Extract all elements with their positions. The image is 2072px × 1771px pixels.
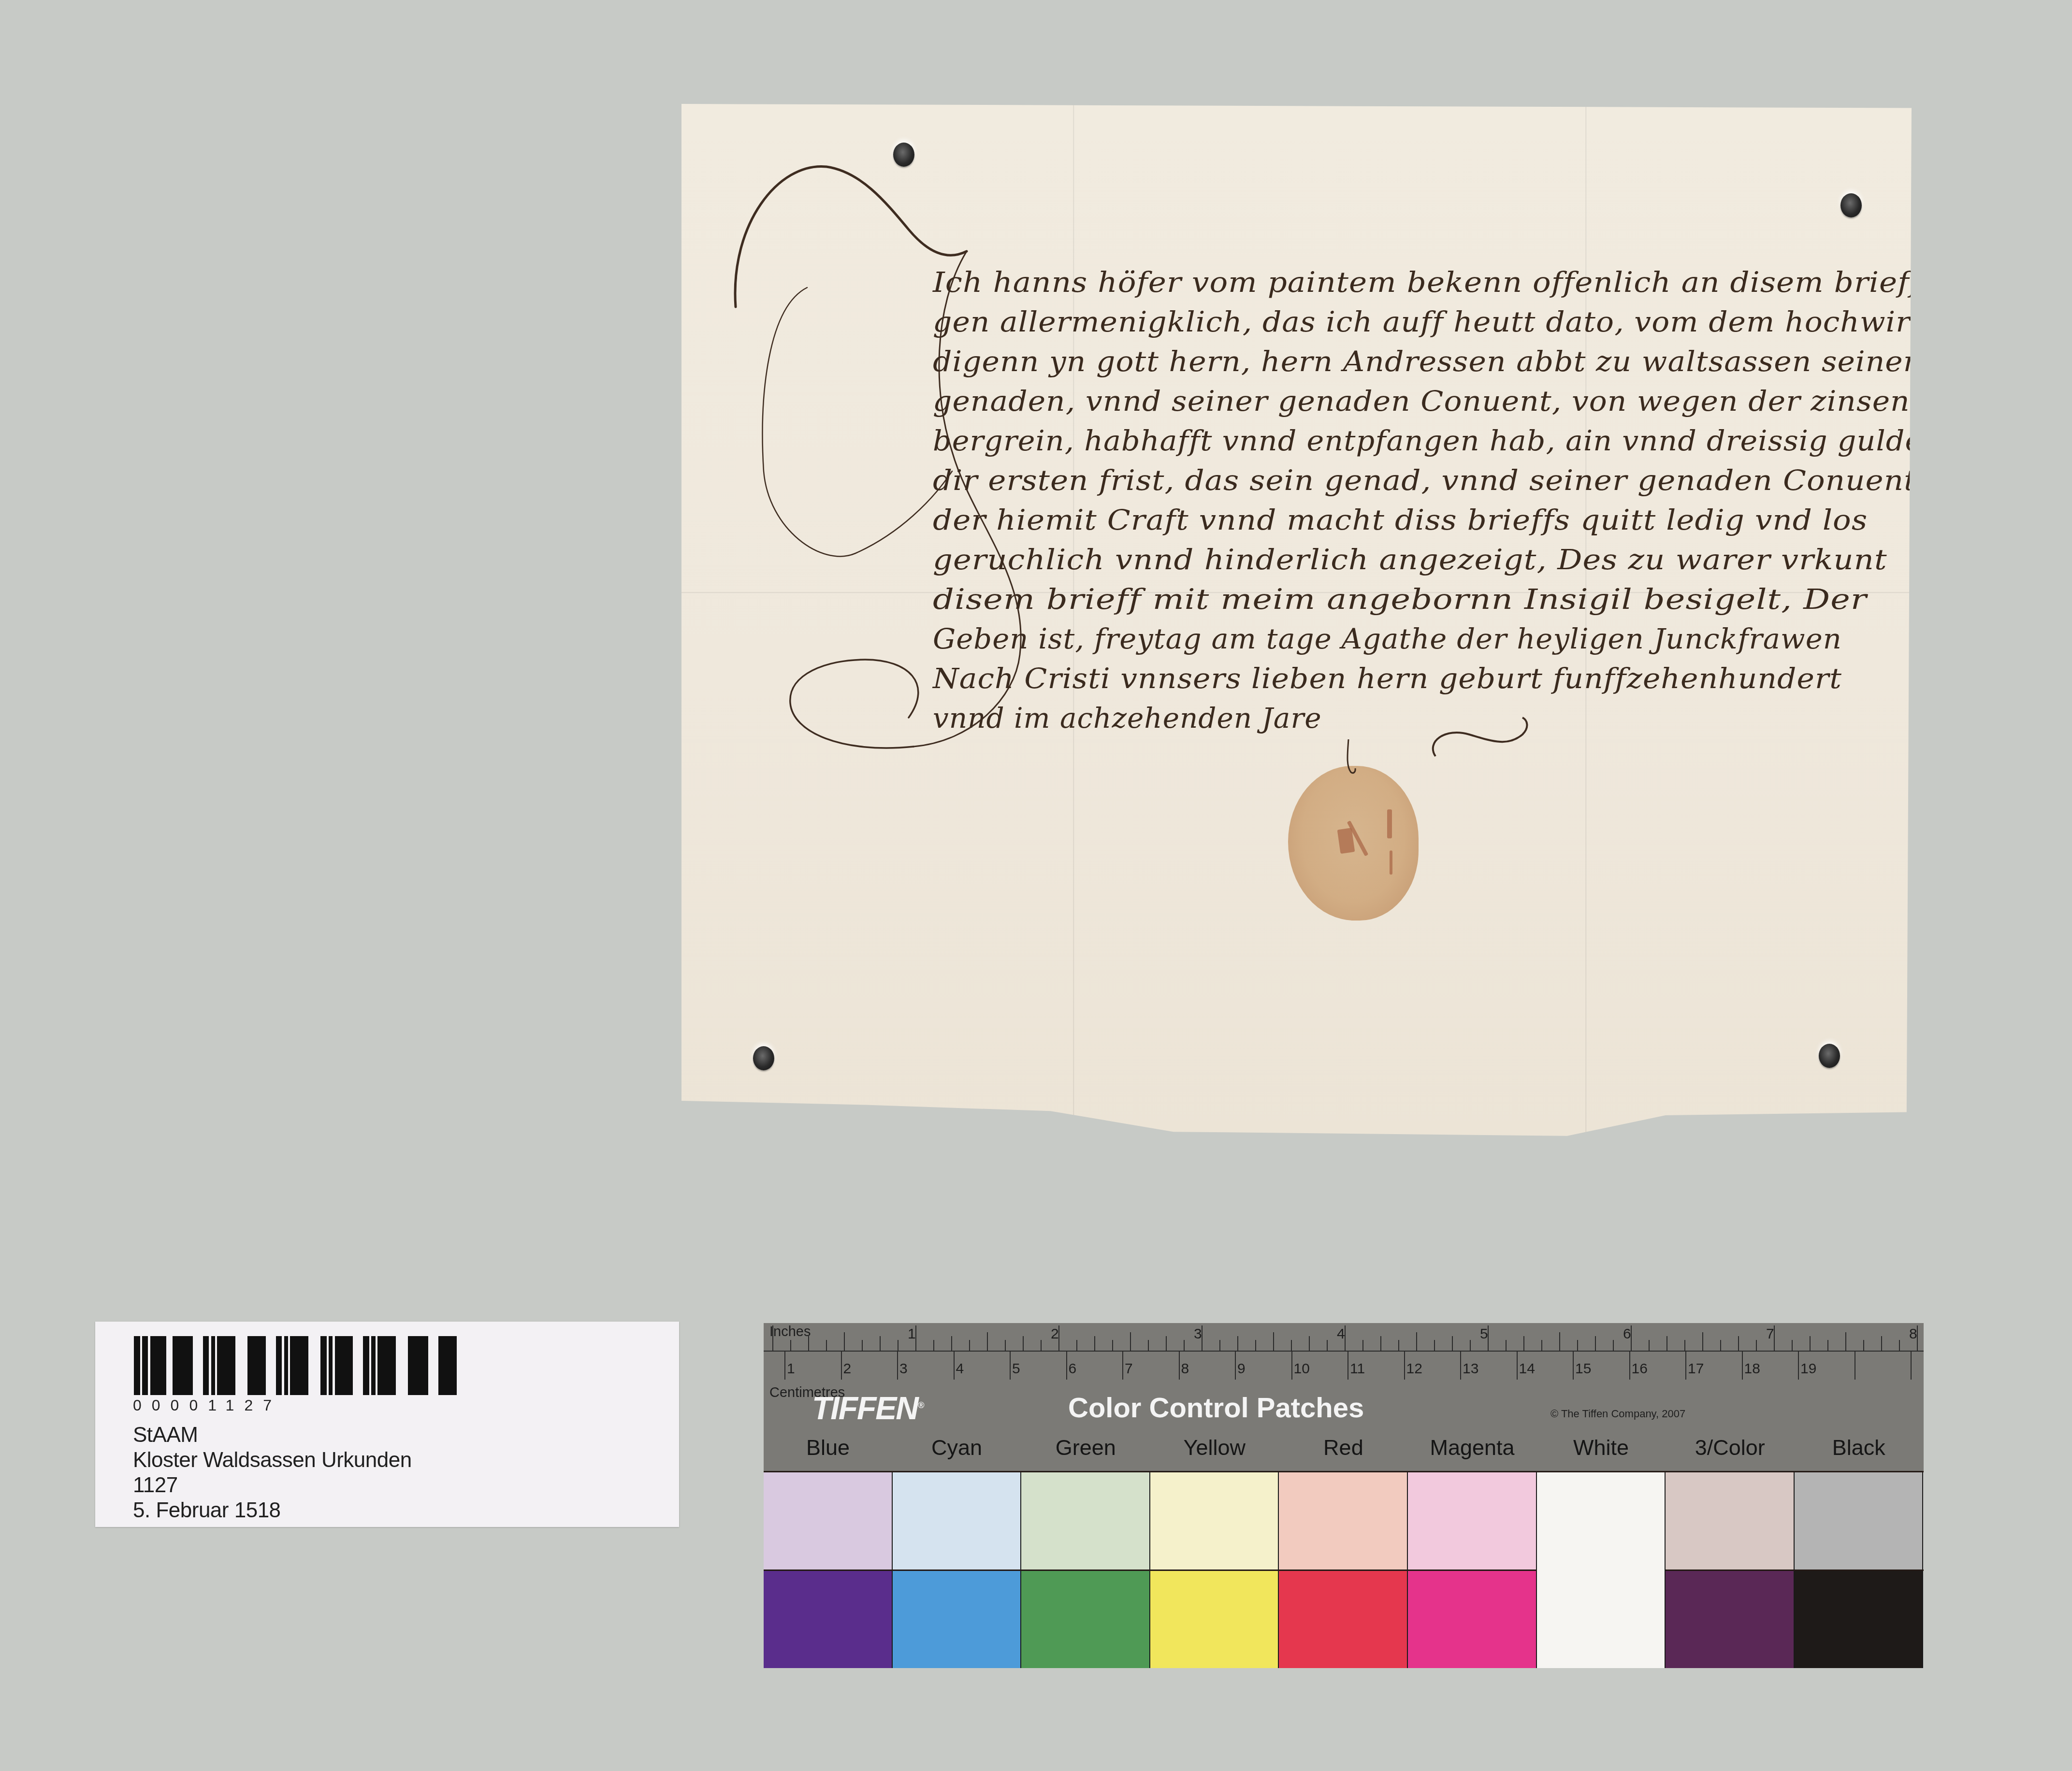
inch-tick xyxy=(1827,1340,1828,1351)
inch-mark-label: 8 xyxy=(1909,1326,1917,1342)
text-line: gen allermenigklich, das ich auff heutt … xyxy=(933,308,1921,336)
inch-tick xyxy=(1237,1336,1238,1351)
patch-label-blue: Blue xyxy=(764,1435,892,1460)
inch-tick xyxy=(772,1325,773,1351)
inch-mark-label: 7 xyxy=(1766,1326,1774,1342)
patch-blue-light xyxy=(764,1471,893,1570)
inch-tick xyxy=(844,1332,845,1351)
text-line: vnnd im achzehenden Jare xyxy=(933,704,1321,732)
text-line: disem brieff mit meim angebornn Insigil … xyxy=(933,585,1867,613)
patch-label-black: Black xyxy=(1795,1435,1923,1460)
inch-tick xyxy=(1184,1340,1185,1351)
cm-tick xyxy=(1742,1352,1743,1380)
color-control-chart: Inches Centimetres TIFFEN® Color Control… xyxy=(764,1323,1924,1668)
inches-label: Inches xyxy=(769,1324,811,1340)
patch-label-red: Red xyxy=(1279,1435,1407,1460)
patch-red-dark xyxy=(1279,1570,1408,1668)
inch-tick xyxy=(1595,1336,1596,1351)
chart-header: Inches Centimetres TIFFEN® Color Control… xyxy=(764,1323,1924,1471)
inch-tick xyxy=(1041,1340,1042,1351)
inch-tick xyxy=(1577,1340,1578,1351)
cm-mark-label: 11 xyxy=(1350,1361,1365,1377)
inch-mark-label: 6 xyxy=(1623,1326,1631,1342)
inch-tick xyxy=(1756,1340,1757,1351)
patch-cyan-light xyxy=(893,1471,1022,1570)
cm-tick xyxy=(1179,1352,1180,1380)
inch-tick xyxy=(1273,1332,1274,1351)
inch-tick xyxy=(1810,1336,1811,1351)
cm-tick xyxy=(1911,1352,1912,1380)
inch-tick xyxy=(1130,1332,1131,1351)
inch-tick xyxy=(790,1340,791,1351)
cm-tick xyxy=(841,1352,842,1380)
patch-label-white: White xyxy=(1537,1435,1666,1460)
cm-mark-label: 1 xyxy=(787,1361,795,1377)
text-line: Ich hanns höfer vom paintem bekenn offen… xyxy=(933,268,1921,296)
inch-mark-label: 4 xyxy=(1337,1326,1345,1342)
charter-text: Ich hanns höfer vom paintem bekenn offen… xyxy=(933,268,1880,848)
cm-tick xyxy=(1798,1352,1799,1380)
cm-mark-label: 19 xyxy=(1800,1361,1816,1377)
cm-tick xyxy=(1685,1352,1686,1380)
punch-hole xyxy=(1819,1044,1840,1068)
chart-title: Color Control Patches xyxy=(1068,1392,1364,1424)
inch-tick xyxy=(1452,1336,1453,1351)
inch-tick xyxy=(951,1336,952,1351)
inch-tick xyxy=(1434,1340,1435,1351)
inch-tick xyxy=(1398,1340,1399,1351)
closing-flourish-icon xyxy=(1426,708,1542,766)
cm-tick xyxy=(1122,1352,1123,1380)
cm-mark-label: 5 xyxy=(1012,1361,1020,1377)
text-line: bergrein, habhafft vnnd entpfangen hab, … xyxy=(933,427,1942,455)
inch-tick xyxy=(1309,1336,1310,1351)
barcode-number: 00001127 xyxy=(133,1397,282,1414)
archive-abbreviation: StAAM xyxy=(133,1423,198,1447)
inch-tick xyxy=(1416,1332,1417,1351)
text-line: Nach Cristi vnnsers lieben hern geburt f… xyxy=(933,664,1842,692)
inch-tick xyxy=(1148,1340,1149,1351)
inch-tick xyxy=(1112,1340,1113,1351)
copyright-notice: © The Tiffen Company, 2007 xyxy=(1550,1408,1685,1420)
inch-mark-label: 5 xyxy=(1480,1326,1488,1342)
inch-tick xyxy=(1094,1336,1095,1351)
cm-tick xyxy=(1010,1352,1011,1380)
collection-name: Kloster Waldsassen Urkunden xyxy=(133,1448,412,1472)
patch-label-green: Green xyxy=(1021,1435,1150,1460)
inch-tick xyxy=(933,1340,934,1351)
cm-mark-label: 18 xyxy=(1744,1361,1760,1377)
text-line: Geben ist, freytag am tage Agathe der he… xyxy=(933,625,1842,653)
cm-tick xyxy=(1629,1352,1630,1380)
cm-mark-label: 12 xyxy=(1406,1361,1422,1377)
text-line: digenn yn gott hern, hern Andressen abbt… xyxy=(933,347,1918,375)
inch-tick xyxy=(1362,1340,1363,1351)
inch-tick xyxy=(1470,1340,1471,1351)
inch-tick xyxy=(1291,1340,1292,1351)
cm-mark-label: 14 xyxy=(1519,1361,1535,1377)
cm-tick xyxy=(784,1352,785,1380)
text-line: dir ersten frist, das sein genad, vnnd s… xyxy=(933,466,1916,494)
inch-tick xyxy=(1845,1332,1846,1351)
text-line: genaden, vnnd seiner genaden Conuent, vo… xyxy=(933,387,1910,415)
charter-document: Ich hanns höfer vom paintem bekenn offen… xyxy=(681,104,1912,1138)
inch-tick xyxy=(1076,1340,1077,1351)
inch-tick xyxy=(1738,1336,1739,1351)
patch-magenta-dark xyxy=(1408,1570,1537,1668)
inch-tick xyxy=(1881,1336,1882,1351)
patch-label-magenta: Magenta xyxy=(1408,1435,1536,1460)
barcode xyxy=(134,1336,457,1395)
patch-black-light xyxy=(1795,1471,1924,1570)
patch-label-3-color: 3/Color xyxy=(1666,1435,1794,1460)
inch-tick xyxy=(1023,1336,1024,1351)
cm-mark-label: 7 xyxy=(1125,1361,1133,1377)
inch-mark-label: 1 xyxy=(908,1326,916,1342)
patch-row-divider xyxy=(764,1471,1924,1472)
cm-mark-label: 15 xyxy=(1575,1361,1591,1377)
cm-tick xyxy=(1573,1352,1574,1380)
inch-tick xyxy=(969,1340,970,1351)
wax-seal xyxy=(1288,766,1419,921)
seal-tail-stroke-icon xyxy=(1339,739,1358,776)
punch-hole xyxy=(1840,193,1862,217)
inch-tick xyxy=(1506,1340,1507,1351)
cm-tick xyxy=(1460,1352,1461,1380)
document-number: 1127 xyxy=(133,1473,178,1497)
tiffen-logo: TIFFEN® xyxy=(812,1390,923,1426)
inch-tick xyxy=(862,1340,863,1351)
patch-magenta-light xyxy=(1408,1471,1537,1570)
document-date: 5. Februar 1518 xyxy=(133,1498,281,1523)
cm-mark-label: 9 xyxy=(1237,1361,1246,1377)
patch-yellow-light xyxy=(1150,1471,1279,1570)
cm-tick xyxy=(1404,1352,1405,1380)
inch-tick xyxy=(826,1340,827,1351)
cm-mark-label: 6 xyxy=(1069,1361,1077,1377)
cm-mark-label: 13 xyxy=(1463,1361,1478,1377)
cm-tick xyxy=(1348,1352,1348,1380)
inch-tick xyxy=(1863,1340,1864,1351)
inch-tick xyxy=(1327,1340,1328,1351)
cm-tick xyxy=(1855,1352,1855,1380)
cm-tick xyxy=(954,1352,955,1380)
inch-tick xyxy=(1720,1340,1721,1351)
patch-3-color-dark xyxy=(1666,1570,1795,1668)
patch-blue-dark xyxy=(764,1570,893,1668)
patch-green-light xyxy=(1021,1471,1150,1570)
inch-tick xyxy=(1702,1332,1703,1351)
cm-mark-label: 17 xyxy=(1688,1361,1704,1377)
patch-row-divider xyxy=(1666,1569,1924,1571)
patch-green-dark xyxy=(1021,1570,1150,1668)
inch-mark-label: 3 xyxy=(1194,1326,1202,1342)
cm-tick xyxy=(1066,1352,1067,1380)
patch-black-dark xyxy=(1795,1570,1924,1668)
inch-tick xyxy=(987,1332,988,1351)
inch-tick xyxy=(1792,1340,1793,1351)
inch-tick xyxy=(1380,1336,1381,1351)
cm-tick xyxy=(1235,1352,1236,1380)
inch-mark-label: 2 xyxy=(1051,1326,1059,1342)
inch-tick xyxy=(1899,1340,1900,1351)
cm-mark-label: 8 xyxy=(1181,1361,1189,1377)
inch-tick xyxy=(880,1336,881,1351)
inch-tick xyxy=(1684,1340,1685,1351)
text-line: der hiemit Craft vnnd macht diss brieffs… xyxy=(933,506,1868,534)
cm-mark-label: 3 xyxy=(899,1361,908,1377)
cm-mark-label: 2 xyxy=(843,1361,852,1377)
ruler-divider xyxy=(764,1351,1924,1352)
patch-label-cyan: Cyan xyxy=(893,1435,1021,1460)
patch-red-light xyxy=(1279,1471,1408,1570)
inch-tick xyxy=(1005,1340,1006,1351)
inch-tick xyxy=(1666,1336,1667,1351)
cm-mark-label: 4 xyxy=(956,1361,964,1377)
cm-mark-label: 16 xyxy=(1632,1361,1648,1377)
inch-tick xyxy=(1649,1340,1650,1351)
text-line: geruchlich vnnd hinderlich angezeigt, De… xyxy=(933,546,1887,574)
patch-yellow-dark xyxy=(1150,1570,1279,1668)
inch-tick xyxy=(1613,1340,1614,1351)
archive-label: 00001127 StAAM Kloster Waldsassen Urkund… xyxy=(95,1322,679,1527)
cm-mark-label: 10 xyxy=(1294,1361,1310,1377)
patch-row-divider xyxy=(764,1569,1537,1571)
patch-cyan-dark xyxy=(893,1570,1022,1668)
patch-white xyxy=(1537,1471,1666,1668)
inch-tick xyxy=(1166,1336,1167,1351)
inch-tick xyxy=(898,1340,898,1351)
punch-hole xyxy=(753,1046,774,1070)
cm-tick xyxy=(1291,1352,1292,1380)
inch-tick xyxy=(1523,1336,1524,1351)
cm-tick xyxy=(897,1352,898,1380)
punch-hole xyxy=(893,143,914,167)
inch-tick xyxy=(1255,1340,1256,1351)
inch-tick xyxy=(1219,1340,1220,1351)
inch-tick xyxy=(808,1336,809,1351)
inch-tick xyxy=(1559,1332,1560,1351)
inch-tick xyxy=(1541,1340,1542,1351)
cm-tick xyxy=(1517,1352,1518,1380)
patch-label-yellow: Yellow xyxy=(1150,1435,1279,1460)
patch-3-color-light xyxy=(1666,1471,1795,1570)
